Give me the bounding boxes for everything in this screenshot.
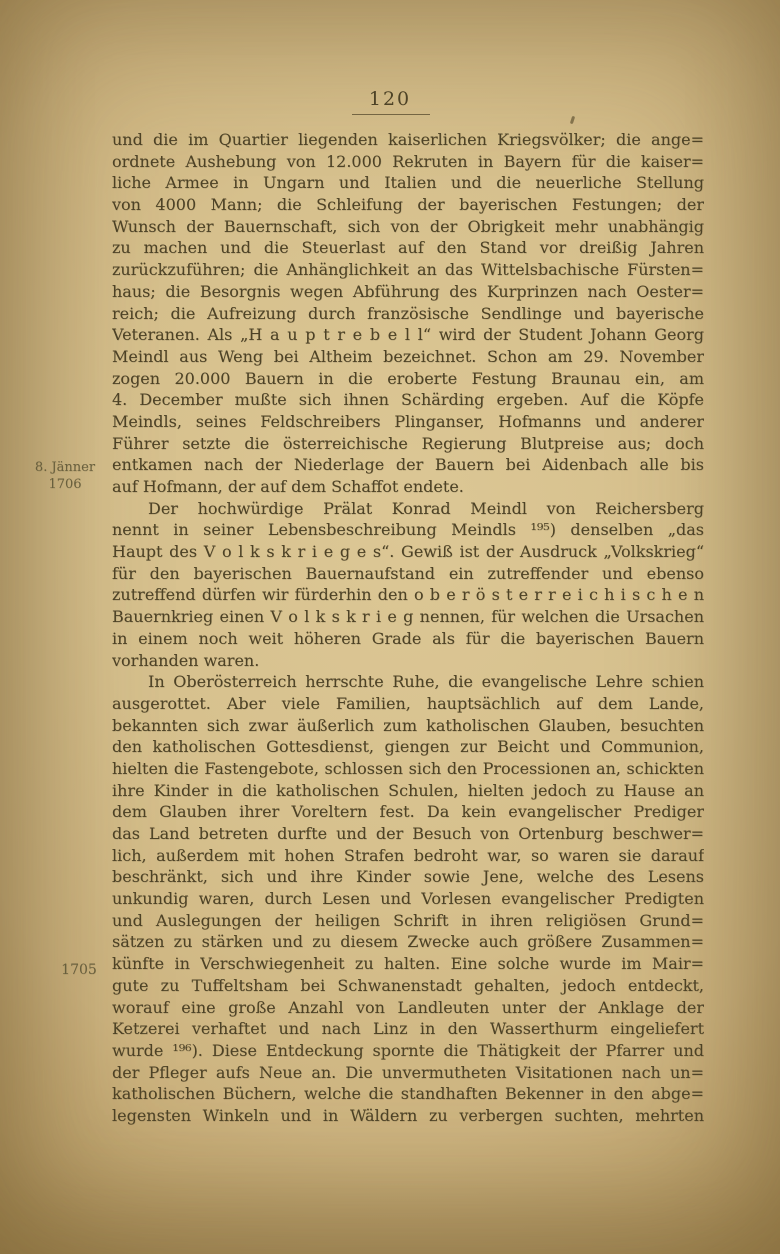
text-line: zurückzuführen; die Anhänglichkeit an da… [112,259,704,281]
text-line: dem Glauben ihrer Voreltern fest. Da kei… [112,801,704,823]
text-line: katholischen Büchern, welche die standha… [112,1083,704,1105]
text-line: hielten die Fastengebote, schlossen sich… [112,758,704,780]
text-line: für den bayerischen Bauernaufstand ein z… [112,563,704,585]
text-line: nennt in seiner Lebensbeschreibung Meind… [112,519,704,541]
text-line: zutreffend dürfen wir fürderhin den o b … [112,584,704,606]
text-line: auf Hofmann, der auf dem Schaffot endete… [112,476,704,498]
text-line: künfte in Verschwiegenheit zu halten. Ei… [112,953,704,975]
text-line: Haupt des V o l k s k r i e g e s“. Gewi… [112,541,704,563]
text-line: ordnete Aushebung von 12.000 Rekruten in… [112,151,704,173]
text-line: der Pfleger aufs Neue an. Die unvermuthe… [112,1062,704,1084]
text-line: Ketzerei verhaftet und nach Linz in den … [112,1018,704,1040]
text-line: reich; die Aufreizung durch französische… [112,303,704,325]
text-line: bekannten sich zwar äußerlich zum kathol… [112,715,704,737]
text-line: beschränkt, sich und ihre Kinder sowie J… [112,866,704,888]
text-line: Meindls, seines Feldschreibers Plinganse… [112,411,704,433]
page-number: 120 [0,88,780,110]
text-line: zu machen und die Steuerlast auf den Sta… [112,237,704,259]
text-line: von 4000 Mann; die Schleifung der bayeri… [112,194,704,216]
paragraph-recruits-and-rebellion: und die im Quartier liegenden kaiserlich… [112,129,704,498]
page-number-rule [352,114,430,115]
text-line: worauf eine große Anzahl von Landleuten … [112,997,704,1019]
text-line: den katholischen Gottesdienst, giengen z… [112,736,704,758]
text-line: ihre Kinder in die katholischen Schulen,… [112,780,704,802]
text-line: zogen 20.000 Bauern in die eroberte Fest… [112,368,704,390]
paragraph-volkskrieg: Der hochwürdige Prälat Konrad Meindl von… [112,498,704,672]
text-line: das Land betreten durfte und der Besuch … [112,823,704,845]
margin-note-line: 8. Jänner [20,459,110,476]
text-line: In Oberösterreich herrschte Ruhe, die ev… [112,671,704,693]
text-line: lich, außerdem mit hohen Strafen bedroht… [112,845,704,867]
text-line: und die im Quartier liegenden kaiserlich… [112,129,704,151]
text-line: sätzen zu stärken und zu diesem Zwecke a… [112,931,704,953]
text-line: Wunsch der Bauernschaft, sich von der Ob… [112,216,704,238]
text-line: liche Armee in Ungarn und Italien und di… [112,172,704,194]
text-line: vorhanden waren. [112,650,704,672]
margin-note-line: 1706 [20,476,110,493]
text-line: Führer setzte die österreichische Regier… [112,433,704,455]
margin-note-date-1706: 8. Jänner 1706 [20,459,110,493]
text-line: haus; die Besorgnis wegen Abführung des … [112,281,704,303]
text-line: Meindl aus Weng bei Altheim bezeichnet. … [112,346,704,368]
paragraph-oberoesterreich: In Oberösterreich herrschte Ruhe, die ev… [112,671,704,1126]
text-line: Bauernkrieg einen V o l k s k r i e g ne… [112,606,704,628]
text-line: Veteranen. Als „H a u p t r e b e l l“ w… [112,324,704,346]
text-line: wurde ¹⁹⁶). Diese Entdeckung spornte die… [112,1040,704,1062]
body-text: und die im Quartier liegenden kaiserlich… [112,129,704,1127]
text-line: 4. December mußte sich ihnen Schärding e… [112,389,704,411]
text-line: und Auslegungen der heiligen Schrift in … [112,910,704,932]
text-line: unkundig waren, durch Lesen und Vorlesen… [112,888,704,910]
text-line: Der hochwürdige Prälat Konrad Meindl von… [112,498,704,520]
text-line: in einem noch weit höheren Grade als für… [112,628,704,650]
text-line: gute zu Tuffeltsham bei Schwanenstadt ge… [112,975,704,997]
ink-speck [570,116,575,125]
text-line: legensten Winkeln und in Wäldern zu verb… [112,1105,704,1127]
margin-note-date-1705: 1705 [48,962,110,979]
scanned-book-page: 120 8. Jänner 1706 1705 und die im Quart… [0,0,780,1254]
text-line: ausgerottet. Aber viele Familien, haupts… [112,693,704,715]
text-line: entkamen nach der Niederlage der Bauern … [112,454,704,476]
